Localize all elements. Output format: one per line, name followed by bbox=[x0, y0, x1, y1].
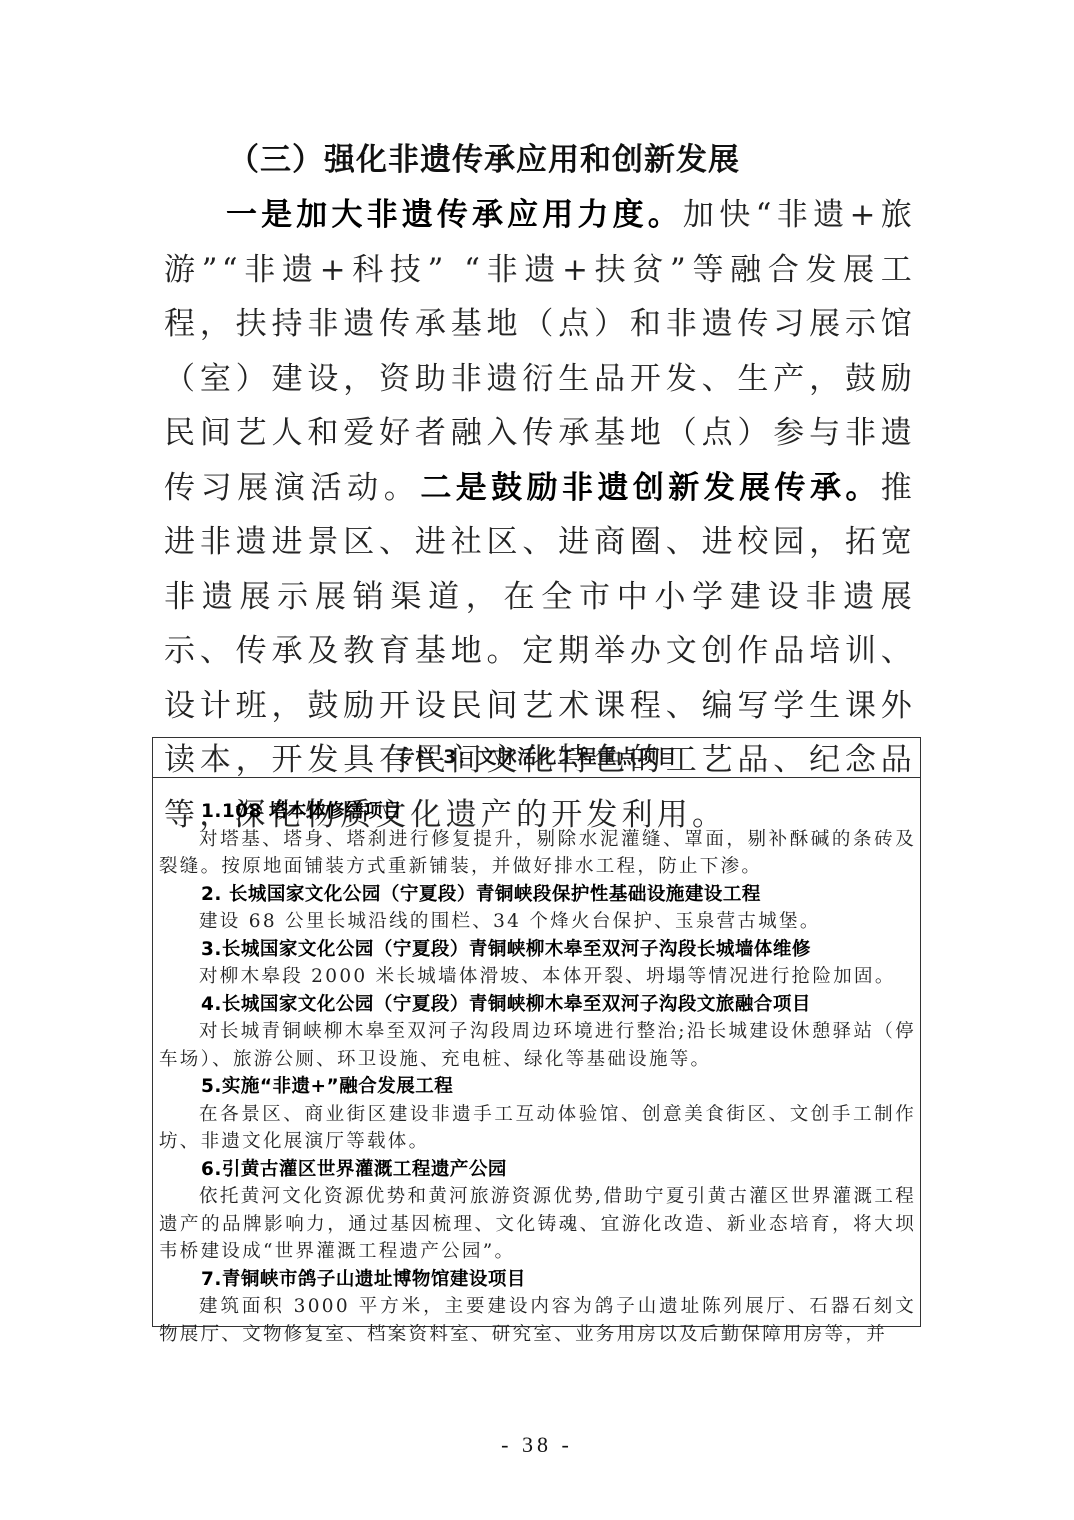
project-item-6: 6.引黄古灌区世界灌溉工程遗产公园 依托黄河文化资源优势和黄河旅游资源优势,借助… bbox=[159, 1156, 916, 1266]
project-desc: 对柳木皋段 2000 米长城墙体滑坡、本体开裂、坍塌等情况进行抢险加固。 bbox=[159, 963, 916, 991]
project-item-7: 7.青铜峡市鸽子山遗址博物馆建设项目 建筑面积 3000 平方米，主要建设内容为… bbox=[159, 1266, 916, 1349]
project-desc: 对长城青铜峡柳木皋至双河子沟段周边环境进行整治;沿长城建设休憩驿站（停车场）、旅… bbox=[159, 1018, 916, 1073]
project-desc: 建筑面积 3000 平方米，主要建设内容为鸽子山遗址陈列展厅、石器石刻文物展厅、… bbox=[159, 1293, 916, 1348]
project-desc: 对塔基、塔身、塔刹进行修复提升，剔除水泥灌缝、罩面，剔补酥碱的条砖及裂缝。按原地… bbox=[159, 826, 916, 881]
project-item-5: 5.实施“非遗+”融合发展工程 在各景区、商业街区建设非遗手工互动体验馆、创意美… bbox=[159, 1073, 916, 1156]
page-number: - 38 - bbox=[0, 1432, 1074, 1458]
project-item-4: 4.长城国家文化公园（宁夏段）青铜峡柳木皋至双河子沟段文旅融合项目 对长城青铜峡… bbox=[159, 991, 916, 1074]
box-content: 1.108 塔本体修缮项目 对塔基、塔身、塔刹进行修复提升，剔除水泥灌缝、罩面，… bbox=[153, 778, 920, 1348]
lead-phrase-2: 二是鼓励非遗创新发展传承。 bbox=[420, 470, 880, 506]
project-item-1: 1.108 塔本体修缮项目 对塔基、塔身、塔刹进行修复提升，剔除水泥灌缝、罩面，… bbox=[159, 798, 916, 881]
project-item-3: 3.长城国家文化公园（宁夏段）青铜峡柳木皋至双河子沟段长城墙体维修 对柳木皋段 … bbox=[159, 936, 916, 991]
project-desc: 在各景区、商业街区建设非遗手工互动体验馆、创意美食街区、文创手工制作坊、非遗文化… bbox=[159, 1101, 916, 1156]
project-title: 3.长城国家文化公园（宁夏段）青铜峡柳木皋至双河子沟段长城墙体维修 bbox=[159, 936, 916, 964]
lead-phrase-1: 一是加大非遗传承应用力度。 bbox=[226, 197, 683, 233]
project-desc: 依托黄河文化资源优势和黄河旅游资源优势,借助宁夏引黄古灌区世界灌溉工程遗产的品牌… bbox=[159, 1183, 916, 1266]
paragraph-text-1: 加快“非遗+旅游”“非遗+科技” “非遗+扶贫”等融合发展工程，扶持非遗传承基地… bbox=[164, 197, 916, 506]
project-title: 5.实施“非遗+”融合发展工程 bbox=[159, 1073, 916, 1101]
section-heading: （三）强化非遗传承应用和创新发展 bbox=[228, 140, 740, 180]
project-column-box: 专栏 3：文脉活化工程重点项目 1.108 塔本体修缮项目 对塔基、塔身、塔刹进… bbox=[152, 737, 921, 1327]
project-desc: 建设 68 公里长城沿线的围栏、34 个烽火台保护、玉泉营古城堡。 bbox=[159, 908, 916, 936]
project-item-2: 2. 长城国家文化公园（宁夏段）青铜峡段保护性基础设施建设工程 建设 68 公里… bbox=[159, 881, 916, 936]
project-title: 2. 长城国家文化公园（宁夏段）青铜峡段保护性基础设施建设工程 bbox=[159, 881, 916, 909]
box-title: 专栏 3：文脉活化工程重点项目 bbox=[153, 738, 920, 778]
project-title: 4.长城国家文化公园（宁夏段）青铜峡柳木皋至双河子沟段文旅融合项目 bbox=[159, 991, 916, 1019]
project-title: 6.引黄古灌区世界灌溉工程遗产公园 bbox=[159, 1156, 916, 1184]
project-title: 7.青铜峡市鸽子山遗址博物馆建设项目 bbox=[159, 1266, 916, 1294]
project-title: 1.108 塔本体修缮项目 bbox=[159, 798, 916, 826]
document-page: （三）强化非遗传承应用和创新发展 一是加大非遗传承应用力度。加快“非遗+旅游”“… bbox=[0, 0, 1074, 1520]
